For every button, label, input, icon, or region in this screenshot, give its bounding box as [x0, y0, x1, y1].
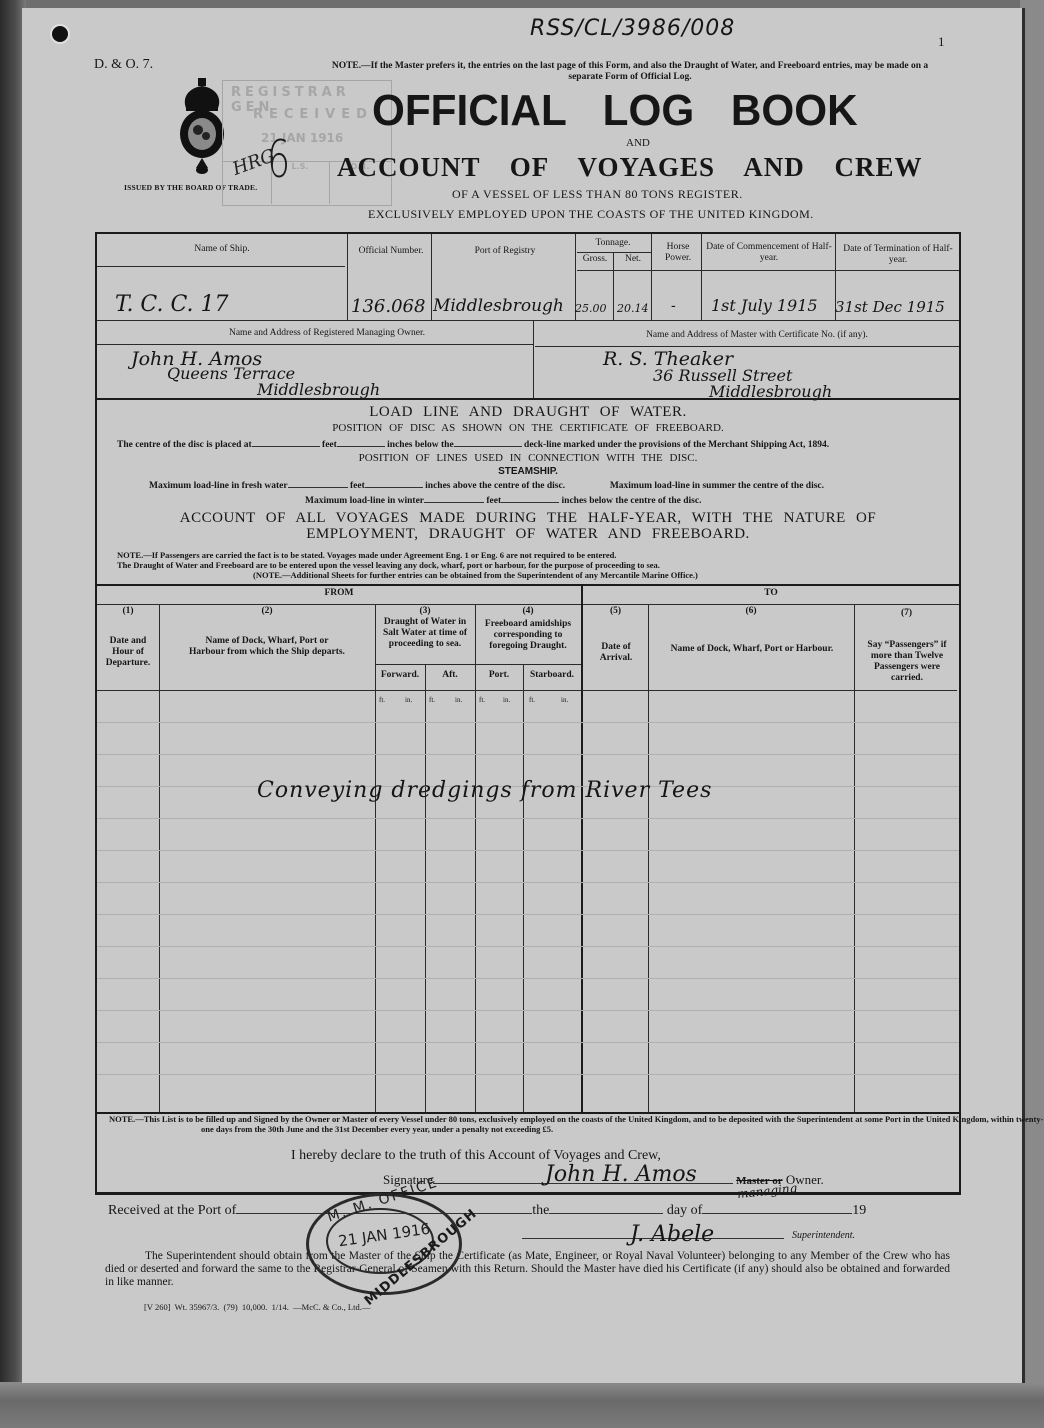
- gross-tonnage-value: 25.00: [575, 302, 607, 315]
- net-tonnage-value: 20.14: [617, 302, 649, 315]
- horse-power-value: -: [671, 298, 676, 314]
- divider: [651, 234, 652, 320]
- divider: [97, 320, 959, 321]
- deposit-note: NOTE.—This List is to be filled up and S…: [105, 1114, 1044, 1134]
- year-prefix: 19: [852, 1203, 866, 1218]
- load-line-text: inches below the centre of the disc.: [562, 496, 702, 506]
- port-of-registry-value: Middlesbrough: [433, 296, 564, 316]
- received-line: Received at the Port ofthe day of19: [108, 1203, 866, 1219]
- deck-line-field[interactable]: [454, 437, 522, 447]
- top-note: NOTE.—If the Master prefers it, the entr…: [330, 61, 930, 83]
- col4-number: (4): [475, 606, 581, 617]
- divider: [701, 234, 702, 320]
- load-line-text: inches above the centre of the disc.: [425, 481, 565, 491]
- document-subtitle: ACCOUNT OF VOYAGES AND CREW: [337, 152, 923, 183]
- document-title: OFFICIAL LOG BOOK: [372, 86, 858, 136]
- header-tonnage: Tonnage.: [577, 238, 649, 249]
- col1-header: Date and Hour of Departure.: [99, 636, 157, 669]
- voyages-note-1: NOTE.—If Passengers are carried the fact…: [117, 550, 957, 560]
- received-stamp: REGISTRAR GEN RECEIVED 21 JAN 1916 L.S. …: [222, 80, 392, 206]
- unit-ft: ft.: [479, 695, 485, 706]
- divider: [97, 690, 957, 691]
- header-horse-power: Horse Power.: [655, 242, 701, 264]
- header-gross: Gross.: [577, 254, 613, 265]
- disc-inches-field[interactable]: [337, 437, 385, 447]
- superintendent-signature: J. Abele: [630, 1222, 714, 1247]
- received-month-field[interactable]: [702, 1204, 852, 1214]
- divider: [533, 320, 534, 398]
- column-divider: [648, 604, 649, 1114]
- handwritten-batch-number: 6: [267, 130, 290, 190]
- unit-in: in.: [503, 695, 510, 706]
- ruled-line: [97, 1010, 959, 1011]
- divider: [97, 344, 533, 345]
- column-divider: [425, 664, 426, 1114]
- received-label: Received at the Port of: [108, 1203, 236, 1218]
- divider: [97, 584, 959, 586]
- winter-line: Maximum load-line in winter feet inches …: [305, 493, 905, 506]
- column-divider: [854, 604, 855, 1114]
- scan-background: [0, 1382, 1044, 1428]
- load-line-text: feet: [350, 481, 365, 491]
- divider: [97, 604, 959, 605]
- col6-header: Name of Dock, Wharf, Port or Harbour.: [657, 644, 847, 655]
- owner-label: Name and Address of Registered Managing …: [137, 328, 517, 339]
- archive-reference: RSS/CL/3986/008: [530, 16, 735, 41]
- column-divider: [159, 604, 160, 1114]
- title-and: AND: [626, 137, 650, 149]
- col3-number: (3): [375, 606, 475, 617]
- received-day-field[interactable]: [549, 1204, 663, 1214]
- load-line-text: Maximum load-line in summer the centre o…: [610, 481, 824, 491]
- divider: [535, 346, 959, 347]
- received-stamp-line2: RECEIVED: [253, 107, 373, 122]
- superintendent-label: Superintendent.: [792, 1230, 855, 1241]
- ruled-line: [97, 914, 959, 915]
- owner-address-line2: Middlesbrough: [257, 380, 380, 399]
- header-name-of-ship: Name of Ship.: [157, 244, 287, 255]
- unit-in: in.: [561, 695, 568, 706]
- subtitle-line-2: OF A VESSEL OF LESS THAN 80 TONS REGISTE…: [452, 187, 743, 202]
- col5-number: (5): [583, 606, 648, 617]
- ship-name-value: T. C. C. 17: [115, 292, 229, 317]
- divider: [577, 252, 651, 253]
- printer-line: [V 260] Wt. 35967/3. (79) 10,000. 1/14. …: [144, 1302, 370, 1312]
- fresh-water-line: Maximum load-line in fresh water feet in…: [149, 478, 959, 491]
- divider: [97, 266, 345, 267]
- col2-number: (2): [159, 606, 375, 617]
- header-net: Net.: [615, 254, 651, 265]
- page-number: 1: [938, 34, 945, 50]
- col1-number: (1): [97, 606, 159, 617]
- load-line-heading: LOAD LINE AND DRAUGHT OF WATER.: [97, 404, 959, 421]
- subcol-aft: Aft.: [425, 670, 475, 681]
- form-code: D. & O. 7.: [94, 57, 153, 73]
- load-line-text: feet: [486, 496, 501, 506]
- divider: [577, 270, 959, 271]
- unit-ft: ft.: [529, 695, 535, 706]
- form-bottom-border: [95, 1192, 961, 1195]
- winter-inches-field[interactable]: [501, 493, 559, 503]
- winter-feet-field[interactable]: [424, 493, 484, 503]
- load-line-text: Maximum load-line in winter: [305, 496, 424, 506]
- ruled-line: [97, 818, 959, 819]
- ruled-line: [97, 946, 959, 947]
- disc-text: inches below the: [387, 440, 454, 450]
- disc-text: deck-line marked under the provisions of…: [524, 440, 829, 450]
- unit-ft: ft.: [379, 695, 385, 706]
- ruled-line: [97, 722, 959, 723]
- load-line-text: Maximum load-line in fresh water: [149, 481, 288, 491]
- voyages-note-3: (NOTE.—Additional Sheets for further ent…: [117, 570, 957, 580]
- master-label: Name and Address of Master with Certific…: [577, 330, 937, 341]
- col2-header: Name of Dock, Wharf, Port or Harbour fro…: [189, 636, 345, 658]
- col5-header: Date of Arrival.: [585, 642, 647, 664]
- log-form: Name of Ship. Official Number. Port of R…: [95, 232, 961, 1194]
- voyages-heading-line1: ACCOUNT OF ALL VOYAGES MADE DURING THE H…: [97, 510, 959, 526]
- disc-text: The centre of the disc is placed at: [117, 440, 252, 450]
- to-label: TO: [583, 588, 959, 598]
- divider: [97, 398, 959, 400]
- header-date-commencement: Date of Commencement of Half-year.: [705, 242, 833, 264]
- unit-in: in.: [405, 695, 412, 706]
- disc-position-line: The centre of the disc is placed at feet…: [117, 437, 957, 450]
- col4-header: Freeboard amidships corresponding to for…: [477, 619, 579, 652]
- divider: [375, 664, 581, 665]
- the-label: the: [532, 1203, 549, 1218]
- column-divider: [581, 584, 583, 1114]
- steamship-label: STEAMSHIP.: [97, 466, 959, 477]
- subcol-port: Port.: [475, 670, 523, 681]
- date-termination-value: 31st Dec 1915: [835, 298, 945, 316]
- voyages-heading-line2: EMPLOYMENT, DRAUGHT OF WATER AND FREEBOA…: [97, 526, 959, 542]
- header-official-number: Official Number.: [351, 246, 431, 257]
- ruled-line: [97, 882, 959, 883]
- fresh-inches-field[interactable]: [365, 478, 423, 488]
- unit-ft: ft.: [429, 695, 435, 706]
- voyages-note-2: The Draught of Water and Freeboard are t…: [117, 560, 957, 570]
- from-label: FROM: [97, 588, 581, 598]
- ruled-line: [97, 1042, 959, 1043]
- voyages-heading: ACCOUNT OF ALL VOYAGES MADE DURING THE H…: [97, 510, 959, 542]
- col6-number: (6): [648, 606, 854, 617]
- ruled-line: [97, 1074, 959, 1075]
- ruled-line: [97, 754, 959, 755]
- voyages-notes: NOTE.—If Passengers are carried the fact…: [117, 550, 957, 580]
- header-date-termination: Date of Termination of Half-year.: [839, 244, 957, 266]
- header-port-of-registry: Port of Registry: [435, 246, 575, 257]
- subcol-starboard: Starboard.: [523, 670, 581, 681]
- col7-number: (7): [854, 608, 959, 619]
- col3-header: Draught of Water in Salt Water at time o…: [377, 617, 473, 650]
- unit-in: in.: [455, 695, 462, 706]
- disc-heading: POSITION OF DISC AS SHOWN ON THE CERTIFI…: [97, 422, 959, 434]
- ruled-line: [97, 850, 959, 851]
- disc-text: feet: [322, 440, 337, 450]
- divider: [613, 252, 614, 320]
- subcol-forward: Forward.: [375, 670, 425, 681]
- subtitle-line-3: EXCLUSIVELY EMPLOYED UPON THE COASTS OF …: [368, 207, 814, 222]
- punch-hole: [52, 26, 68, 42]
- disc-feet-field[interactable]: [252, 437, 320, 447]
- superintendent-instruction: The Superintendent should obtain from th…: [105, 1250, 950, 1289]
- lines-heading: POSITION OF LINES USED IN CONNECTION WIT…: [97, 452, 959, 464]
- divider: [431, 234, 432, 320]
- day-of-label: day of: [667, 1203, 702, 1218]
- fresh-feet-field[interactable]: [288, 478, 348, 488]
- divider: [347, 234, 348, 320]
- voyage-entry: Conveying dredgings from River Tees: [257, 778, 712, 803]
- official-number-value: 136.068: [351, 296, 425, 317]
- ruled-line: [97, 978, 959, 979]
- column-divider: [523, 664, 524, 1114]
- date-commencement-value: 1st July 1915: [711, 296, 818, 315]
- owner-signature: John H. Amos: [545, 1162, 697, 1187]
- col7-header: Say “Passengers” if more than Twelve Pas…: [857, 640, 957, 684]
